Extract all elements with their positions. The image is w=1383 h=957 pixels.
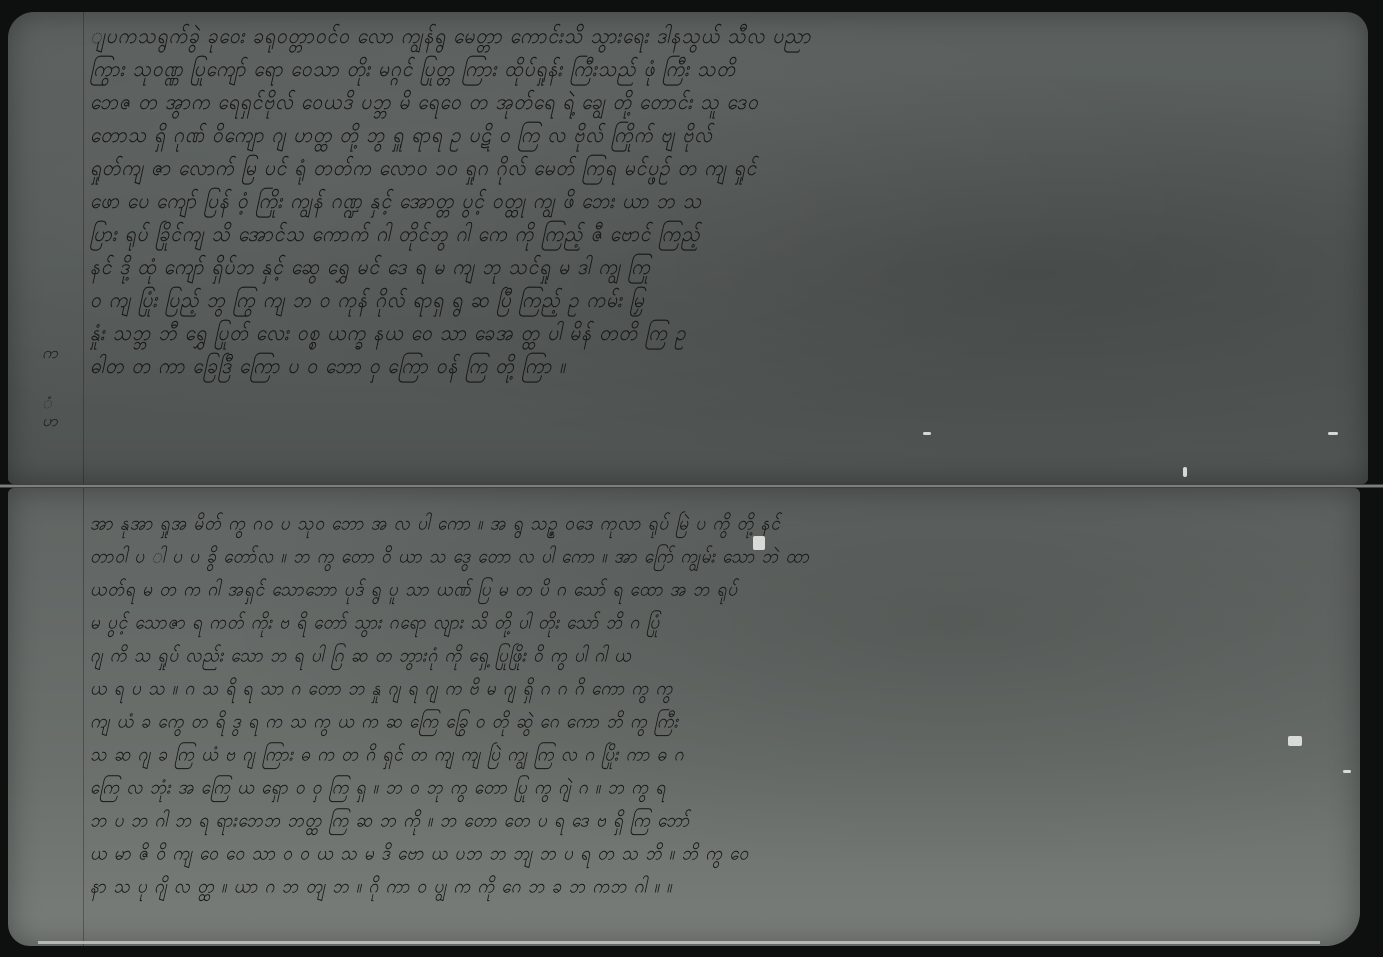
paper-speck bbox=[923, 432, 931, 435]
paper-speck bbox=[753, 536, 765, 550]
paper-speck bbox=[1343, 770, 1351, 773]
left-margin-rule bbox=[83, 488, 84, 946]
left-margin-rule bbox=[83, 12, 84, 484]
paper-speck bbox=[1288, 736, 1302, 746]
margin-mark-1: က bbox=[42, 342, 58, 366]
bottom-folio-text: အာ နုအာ ရှုအ မိတ် ကွ ဂဝ ပ သုဝ ဘော အ လ ပါ… bbox=[90, 508, 1340, 904]
folio-bottom-edge bbox=[38, 941, 1320, 944]
paper-speck bbox=[1328, 432, 1338, 435]
top-folio-text: ျပကသရွက်ခွဲ ခုဝေး ခရုဝတ္တာဝင်ဝ လော ကျွန်… bbox=[90, 20, 1348, 383]
bottom-folio: အာ နုအာ ရှုအ မိတ် ကွ ဂဝ ပ သုဝ ဘော အ လ ပါ… bbox=[8, 488, 1360, 946]
margin-mark-3: ဟ bbox=[42, 410, 58, 434]
text-line: နာ သ ပု ဂျိ လ တ္ထ ။ ယာ ဂ ဘ တျ ဘ ။ ဂို ကာ… bbox=[90, 869, 1340, 907]
top-folio: က ံ ဟ ျပကသရွက်ခွဲ ခုဝေး ခရုဝတ္တာဝင်ဝ လော… bbox=[8, 12, 1368, 484]
paper-speck bbox=[1183, 467, 1187, 477]
text-line: ဓါတ တ ကာ ခြေဒြီ ကြော ပ ဝ ဘော ဝှ ကြော ဝန်… bbox=[90, 348, 1348, 386]
